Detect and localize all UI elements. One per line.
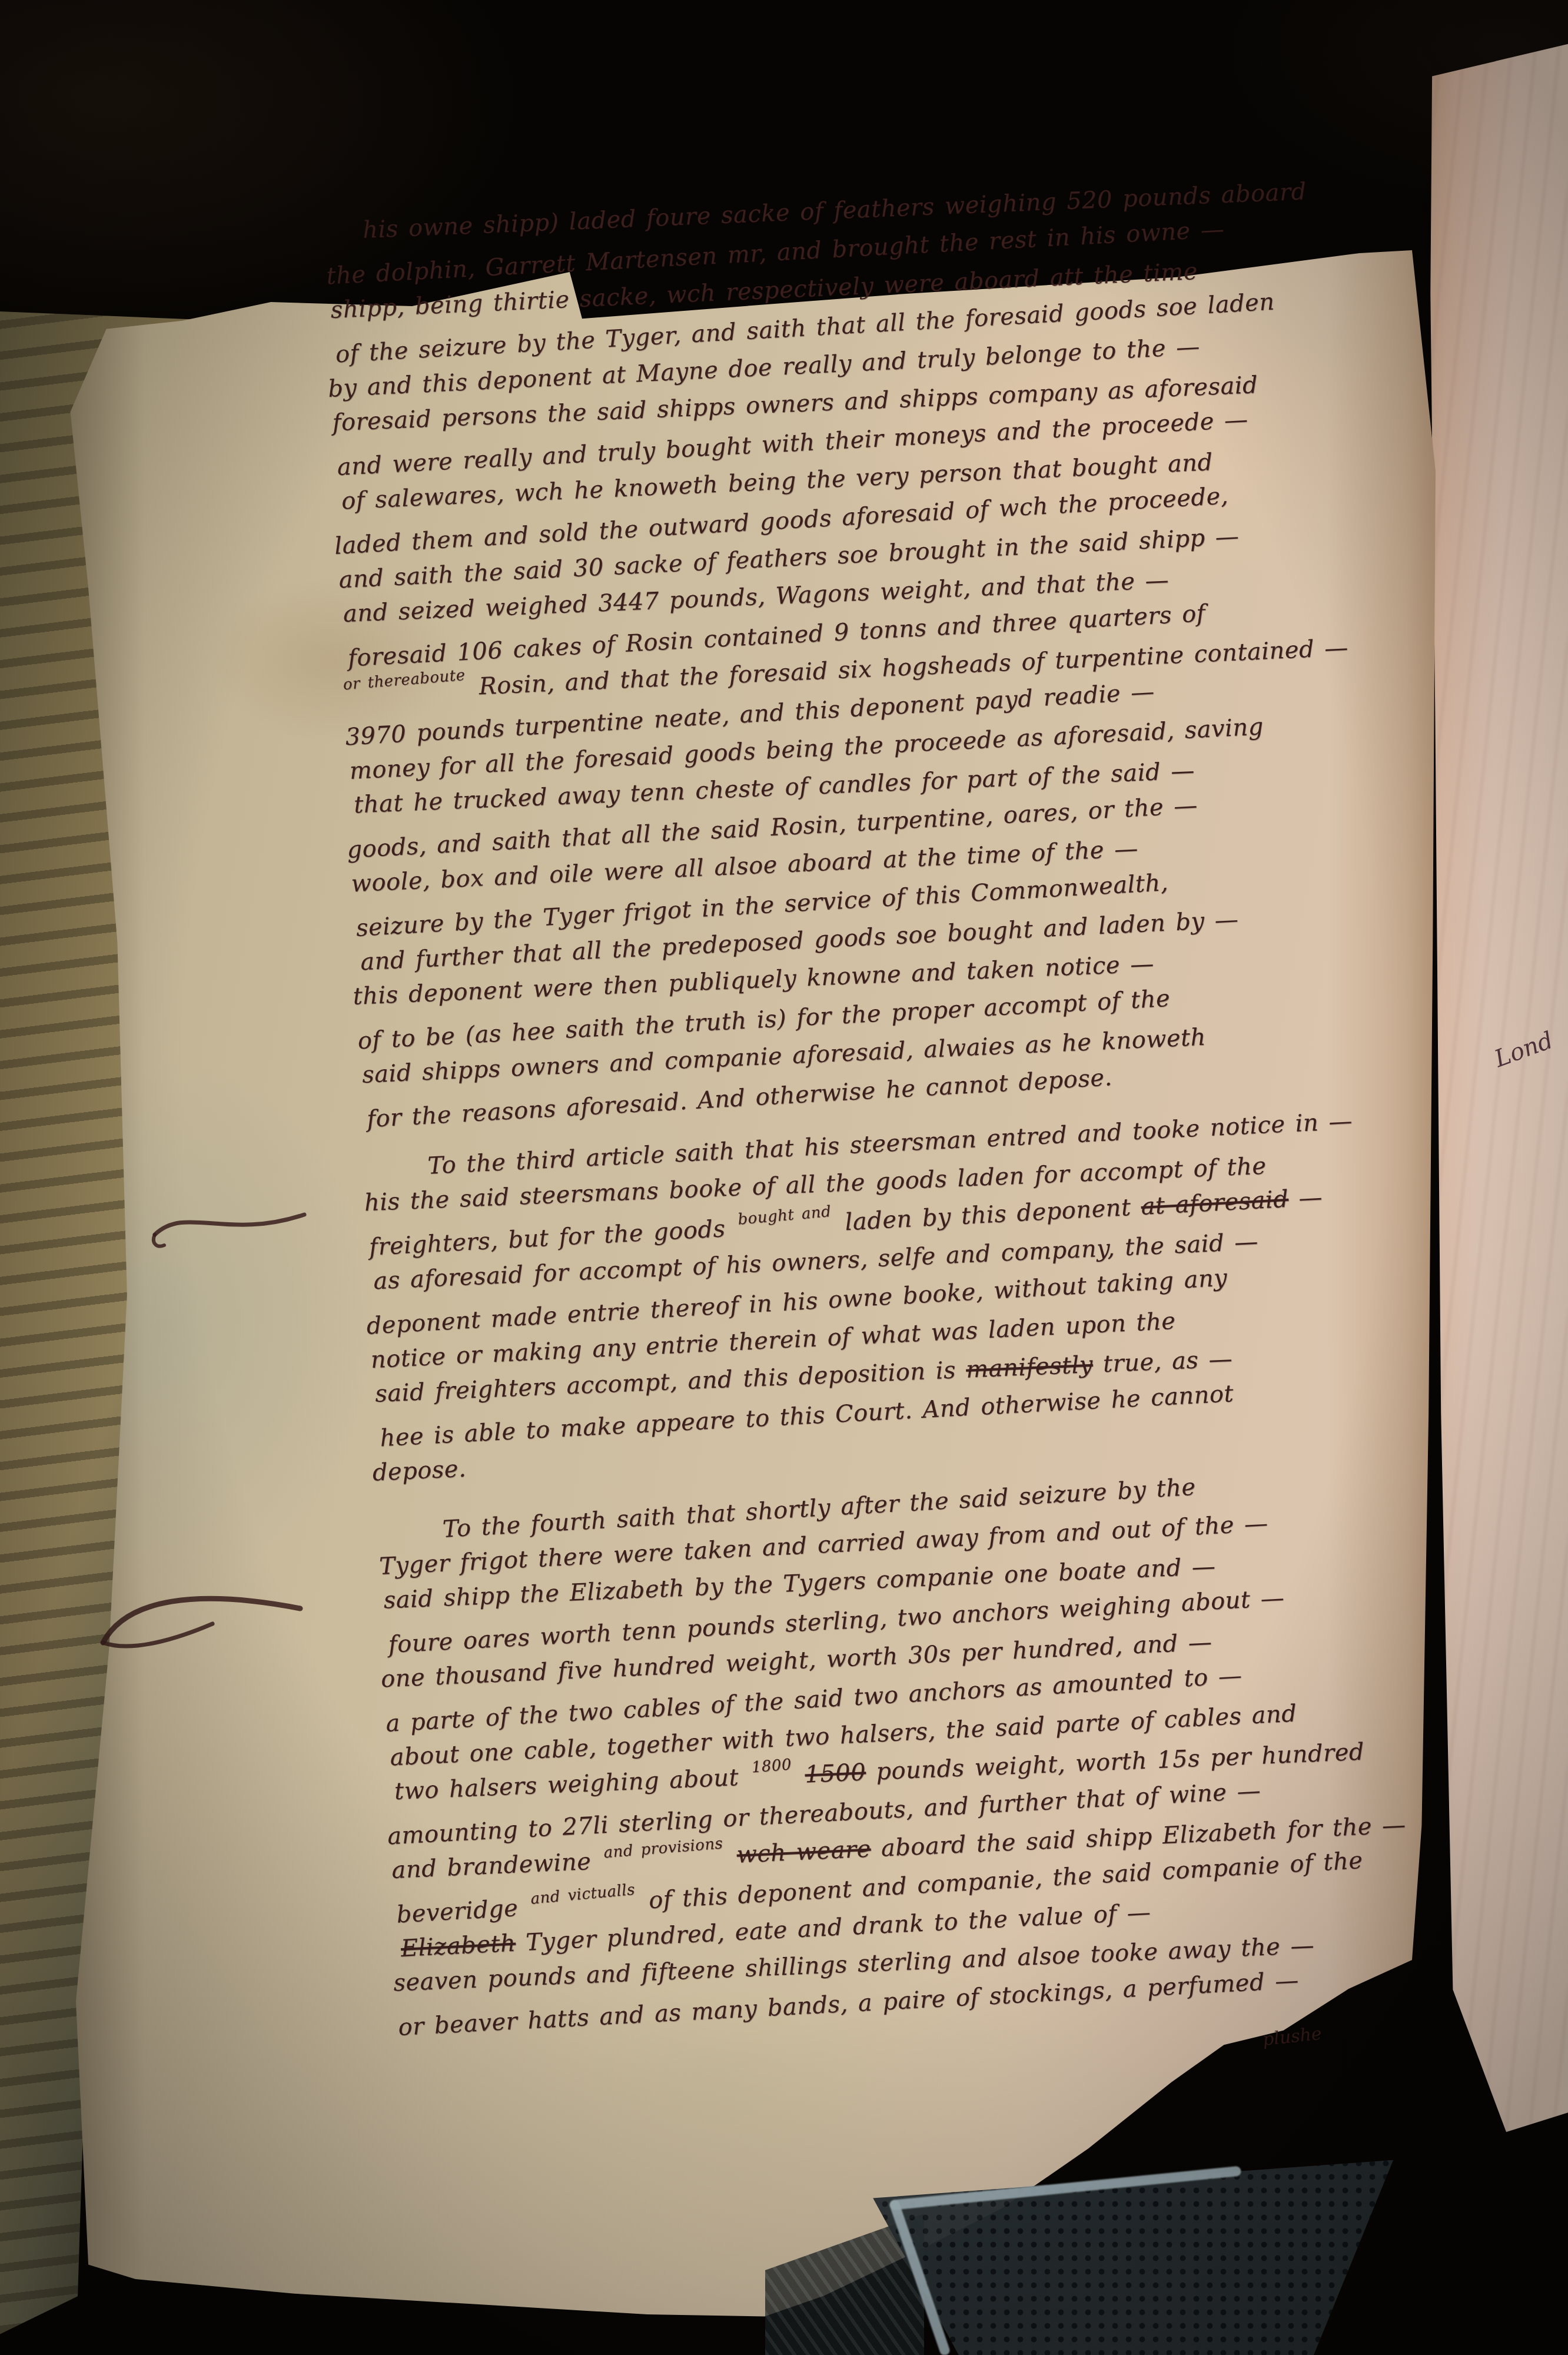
struck-text: manifestly	[965, 1351, 1094, 1384]
chair-frame-edge	[824, 2143, 1436, 2355]
photograph: Lond his owne shipp) laded foure sacke o…	[0, 0, 1568, 2355]
manuscript-paragraph: his owne shipp) laded foure sacke of fea…	[321, 168, 1464, 1131]
manuscript-text: his owne shipp) laded foure sacke of fea…	[321, 168, 1501, 2041]
manuscript-paragraph: To the fourth saith that shortly after t…	[374, 1460, 1501, 2041]
interlined-text: bought and	[736, 1193, 833, 1239]
manuscript-paragraph: To the third article saith that his stee…	[359, 1101, 1479, 1491]
struck-text: 1500	[805, 1759, 867, 1788]
struck-text: Elizabeth	[400, 1930, 516, 1962]
interlined-text: 1800	[750, 1746, 793, 1787]
struck-text: wch weare	[736, 1836, 872, 1869]
struck-text: at aforesaid	[1140, 1186, 1289, 1220]
